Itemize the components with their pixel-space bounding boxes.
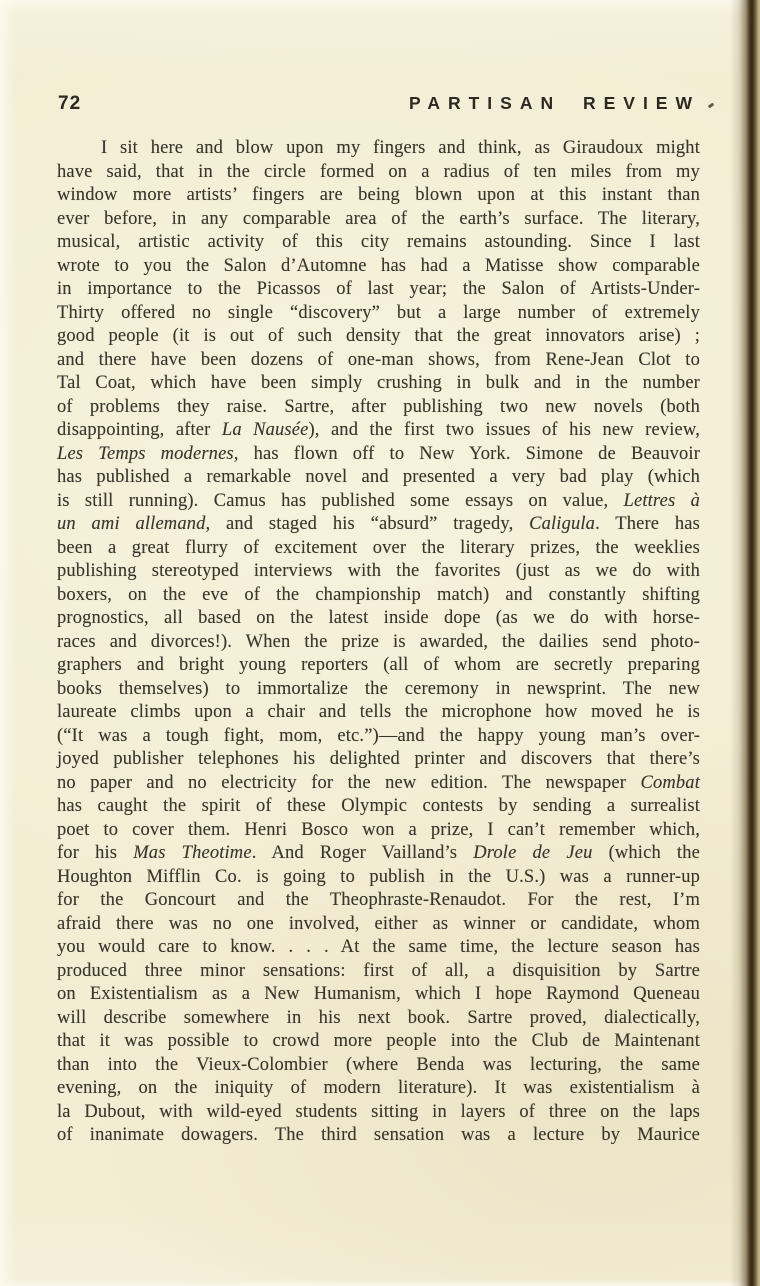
text-line: laureate climbs upon a chair and tells t… <box>57 701 700 725</box>
text-line: ever before, in any comparable area of t… <box>57 208 700 232</box>
text-line: on Existentialism as a New Humanism, whi… <box>57 983 700 1007</box>
text-line: in importance to the Picassos of last ye… <box>57 278 700 302</box>
page-number: 72 <box>58 93 81 115</box>
page-header: 72 PARTISAN REVIEW <box>57 92 714 118</box>
page-edge-left <box>0 0 16 1286</box>
text-line: Tal Coat, which have been simply crushin… <box>57 372 700 396</box>
text-line: Houghton Mifflin Co. is going to publish… <box>57 866 700 890</box>
text-line: evening, on the iniquity of modern liter… <box>57 1077 700 1101</box>
text-line: un ami allemand, and staged his “absurd”… <box>57 513 700 537</box>
text-line: good people (it is out of such density t… <box>57 325 700 349</box>
text-line: have said, that in the circle formed on … <box>57 161 700 185</box>
text-line: books themselves) to immortalize the cer… <box>57 678 700 702</box>
text-line: than into the Vieux-Colombier (where Ben… <box>57 1054 700 1078</box>
text-line: boxers, on the eve of the championship m… <box>57 584 700 608</box>
text-line: la Dubout, with wild-eyed students sitti… <box>57 1101 700 1125</box>
ink-mark-icon <box>708 103 715 109</box>
text-line: that it was possible to crowd more peopl… <box>57 1030 700 1054</box>
scanned-page: 72 PARTISAN REVIEW I sit here and blow u… <box>0 0 760 1286</box>
text-line: I sit here and blow upon my fingers and … <box>57 137 700 161</box>
text-line: joyed publisher telephones his delighted… <box>57 748 700 772</box>
text-line: for the Goncourt and the Theophraste-Ren… <box>57 889 700 913</box>
text-line: of inanimate dowagers. The third sensati… <box>57 1124 700 1148</box>
journal-title: PARTISAN REVIEW <box>409 93 700 114</box>
text-line: been a great flurry of excitement over t… <box>57 537 700 561</box>
text-line: wrote to you the Salon d’Automne has had… <box>57 255 700 279</box>
text-block: I sit here and blow upon my fingers and … <box>57 137 700 1148</box>
page-edge-bottom <box>0 1279 760 1286</box>
text-line: has published a remarkable novel and pre… <box>57 466 700 490</box>
text-line: musical, artistic activity of this city … <box>57 231 700 255</box>
text-line: produced three minor sensations: first o… <box>57 960 700 984</box>
page-edge-shadow <box>730 0 760 1286</box>
text-line: window more artists’ fingers are being b… <box>57 184 700 208</box>
text-line: has caught the spirit of these Olympic c… <box>57 795 700 819</box>
text-line: graphers and bright young reporters (all… <box>57 654 700 678</box>
text-line: poet to cover them. Henri Bosco won a pr… <box>57 819 700 843</box>
text-line: and there have been dozens of one-man sh… <box>57 349 700 373</box>
text-line: will describe somewhere in his next book… <box>57 1007 700 1031</box>
text-line: afraid there was no one involved, either… <box>57 913 700 937</box>
text-line: for his Mas Theotime. And Roger Vailland… <box>57 842 700 866</box>
text-line: disappointing, after La Nausée), and the… <box>57 419 700 443</box>
text-line: no paper and no electricity for the new … <box>57 772 700 796</box>
page-edge-top <box>0 0 760 12</box>
text-line: Thirty offered no single “discovery” but… <box>57 302 700 326</box>
text-line: of problems they raise. Sartre, after pu… <box>57 396 700 420</box>
text-line: races and divorces!). When the prize is … <box>57 631 700 655</box>
text-line: is still running). Camus has published s… <box>57 490 700 514</box>
text-line: publishing stereotyped interviews with t… <box>57 560 700 584</box>
text-line: you would care to know. . . . At the sam… <box>57 936 700 960</box>
text-line: prognostics, all based on the latest ins… <box>57 607 700 631</box>
text-line: Les Temps modernes, has flown off to New… <box>57 443 700 467</box>
text-line: (“It was a tough fight, mom, etc.”)—and … <box>57 725 700 749</box>
